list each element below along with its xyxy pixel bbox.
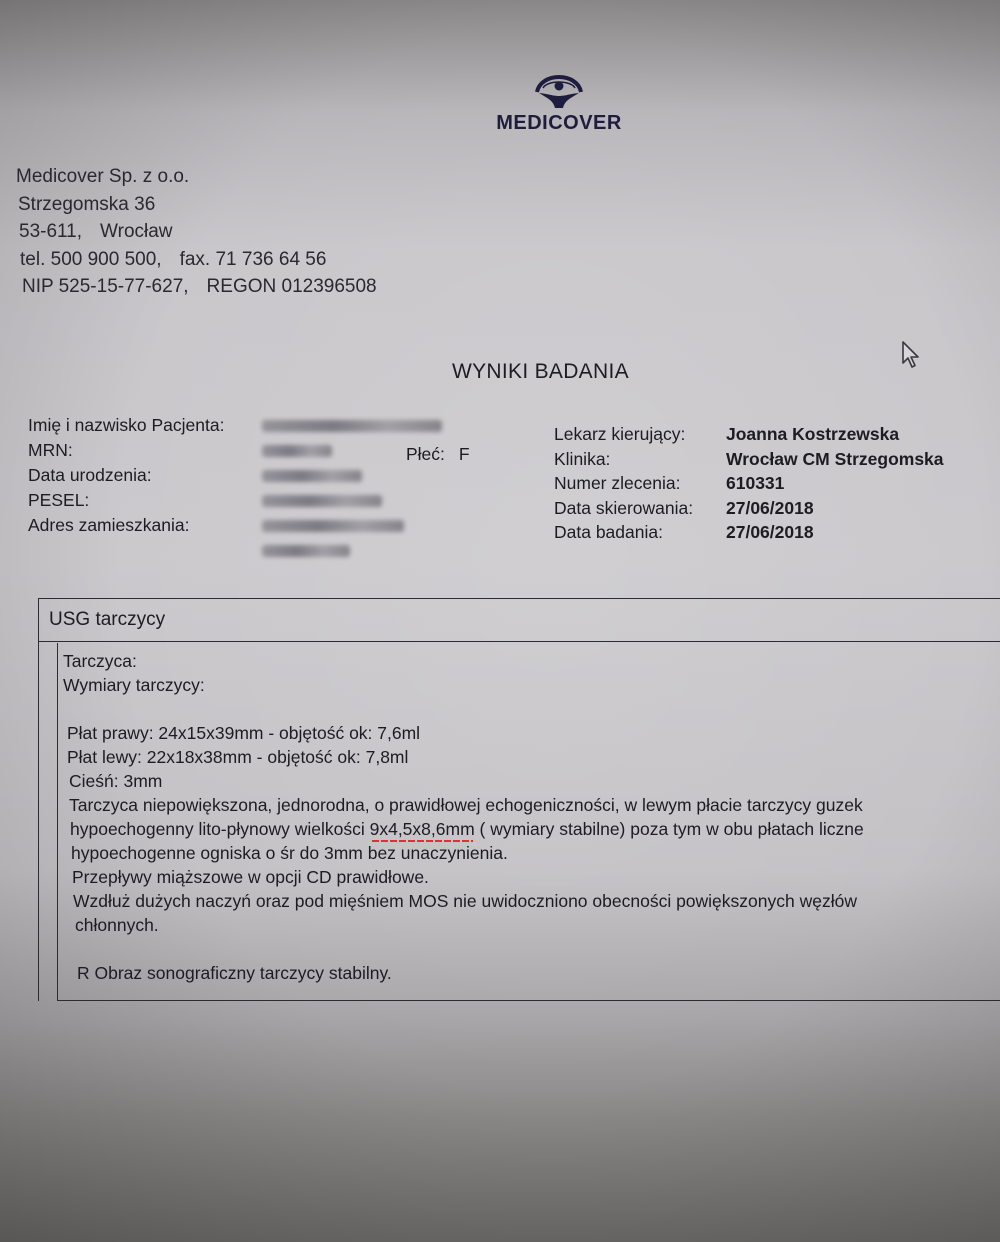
sex-value: F [459, 444, 470, 464]
document-title: WYNIKI BADANIA [452, 360, 629, 384]
order-number-value: 610331 [726, 471, 784, 496]
finding-line: hypoechogenne ogniska o śr do 3mm bez un… [71, 841, 963, 865]
exam-title: USG tarczycy [39, 599, 1000, 642]
finding-line: Cieśń: 3mm [69, 769, 963, 793]
exam-findings-panel: Tarczyca: Wymiary tarczycy: Płat prawy: … [57, 643, 1000, 1001]
exam-date-value: 27/06/2018 [726, 520, 814, 545]
clinic-label: Klinika: [554, 447, 726, 472]
referral-row-exam-date: Data badania:27/06/2018 [554, 520, 944, 545]
company-regon: REGON 012396508 [207, 276, 377, 297]
sex-field: Płeć:F [406, 442, 470, 467]
finding-line: hypoechogenny lito-płynowy wielkości 9x4… [70, 817, 963, 841]
clinic-value: Wrocław CM Strzegomska [726, 447, 944, 472]
company-postal-code: 53-611, [19, 221, 82, 242]
exam-date-label: Data badania: [554, 520, 726, 545]
company-nip: NIP 525-15-77-627, [22, 276, 189, 297]
finding-line: Tarczyca: [63, 649, 963, 673]
medicover-logo-icon [531, 66, 587, 110]
finding-text: ( wymiary stabilne) poza tym w obu płata… [475, 819, 864, 839]
referral-row-order: Numer zlecenia:610331 [554, 471, 944, 496]
finding-line: Wzdłuż dużych naczyń oraz pod mięśniem M… [73, 889, 963, 913]
mrn-label: MRN: [28, 438, 262, 463]
referral-date-value: 27/06/2018 [726, 496, 814, 521]
patient-info: Imię i nazwisko Pacjenta: MRN: Data urod… [28, 413, 442, 563]
referring-doctor-label: Lekarz kierujący: [554, 422, 726, 447]
conclusion-line: R Obraz sonograficzny tarczycy stabilny. [77, 961, 963, 985]
finding-text: hypoechogenny lito-płynowy wielkości [70, 819, 370, 839]
mouse-pointer-icon [900, 340, 922, 375]
company-street: Strzegomska 36 [18, 191, 377, 219]
birthdate-label: Data urodzenia: [28, 463, 262, 488]
company-name: Medicover Sp. z o.o. [16, 163, 377, 191]
patient-name-label: Imię i nazwisko Pacjenta: [28, 413, 262, 438]
brand-name: MEDICOVER [496, 112, 622, 135]
company-phone: tel. 500 900 500, [20, 249, 162, 270]
company-info: Medicover Sp. z o.o. Strzegomska 36 53-6… [16, 163, 377, 301]
address-redacted [262, 520, 404, 532]
order-number-label: Numer zlecenia: [554, 471, 726, 496]
address-line2-redacted [262, 545, 350, 557]
pesel-redacted [262, 495, 382, 507]
referral-info: Lekarz kierujący:Joanna Kostrzewska Klin… [554, 422, 944, 545]
finding-line: Płat lewy: 22x18x38mm - objętość ok: 7,8… [67, 745, 963, 769]
company-fax: fax. 71 736 64 56 [180, 249, 327, 270]
mrn-redacted [262, 445, 332, 457]
referring-doctor-value: Joanna Kostrzewska [726, 422, 899, 447]
sex-label: Płeć: [406, 444, 445, 464]
company-contact: tel. 500 900 500,fax. 71 736 64 56 [20, 246, 377, 274]
address-label: Adres zamieszkania: [28, 513, 262, 538]
medicover-logo: MEDICOVER [496, 66, 622, 135]
exam-findings: Tarczyca: Wymiary tarczycy: Płat prawy: … [63, 649, 963, 985]
company-city-line: 53-611,Wrocław [19, 218, 377, 246]
patient-name-redacted [262, 420, 442, 432]
nodule-size-highlight: 9x4,5x8,6mm [370, 819, 475, 839]
finding-line: Płat prawy: 24x15x39mm - objętość ok: 7,… [67, 721, 963, 745]
exam-section: USG tarczycy Tarczyca: Wymiary tarczycy:… [38, 598, 1000, 1001]
finding-line: Tarczyca niepowiększona, jednorodna, o p… [69, 793, 963, 817]
company-ids: NIP 525-15-77-627,REGON 012396508 [22, 273, 377, 301]
pesel-label: PESEL: [28, 488, 262, 513]
company-city: Wrocław [100, 221, 173, 242]
birthdate-redacted [262, 470, 362, 482]
finding-line: Wymiary tarczycy: [63, 673, 963, 697]
finding-line: chłonnych. [75, 913, 963, 937]
finding-line: Przepływy miąższowe w opcji CD prawidłow… [72, 865, 963, 889]
referral-row-clinic: Klinika:Wrocław CM Strzegomska [554, 447, 944, 472]
referral-date-label: Data skierowania: [554, 496, 726, 521]
referral-row-referral-date: Data skierowania:27/06/2018 [554, 496, 944, 521]
referral-row-doctor: Lekarz kierujący:Joanna Kostrzewska [554, 422, 944, 447]
